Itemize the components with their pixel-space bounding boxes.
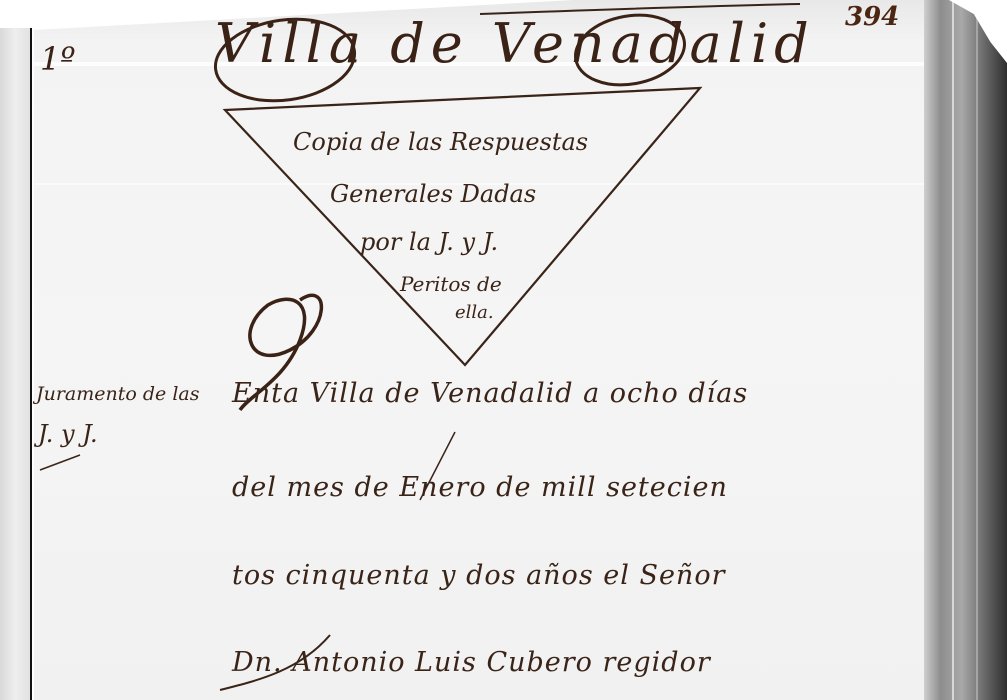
gutter-line: [952, 0, 954, 700]
book-gutter-shadow: [924, 0, 1007, 700]
folio-number: 394: [845, 2, 899, 32]
body-line: Dn. Antonio Luis Cubero regidor: [232, 647, 711, 678]
body-line: tos cinquenta y dos años el Señor: [232, 560, 725, 591]
caption-line: Generales Dadas: [330, 180, 536, 208]
left-page-edge: [0, 28, 32, 700]
gutter-line: [976, 0, 978, 700]
margin-note-line: J. y J.: [38, 420, 98, 448]
manuscript-scan: 394 1º Villa de Venadalid Copia de las R…: [0, 0, 1007, 700]
margin-note-line: Juramento de las: [36, 383, 199, 405]
body-line: del mes de Enero de mill setecien: [232, 472, 728, 503]
caption-line: ella.: [455, 302, 494, 323]
caption-line: Peritos de: [400, 272, 502, 296]
body-line: Enta Villa de Venadalid a ocho días: [232, 378, 748, 409]
page-marker: 1º: [40, 40, 75, 78]
manuscript-page: [34, 0, 934, 700]
page-heading: Villa de Venadalid: [215, 12, 815, 75]
caption-line: por la J. y J.: [360, 228, 498, 256]
caption-line: Copia de las Respuestas: [293, 128, 588, 156]
